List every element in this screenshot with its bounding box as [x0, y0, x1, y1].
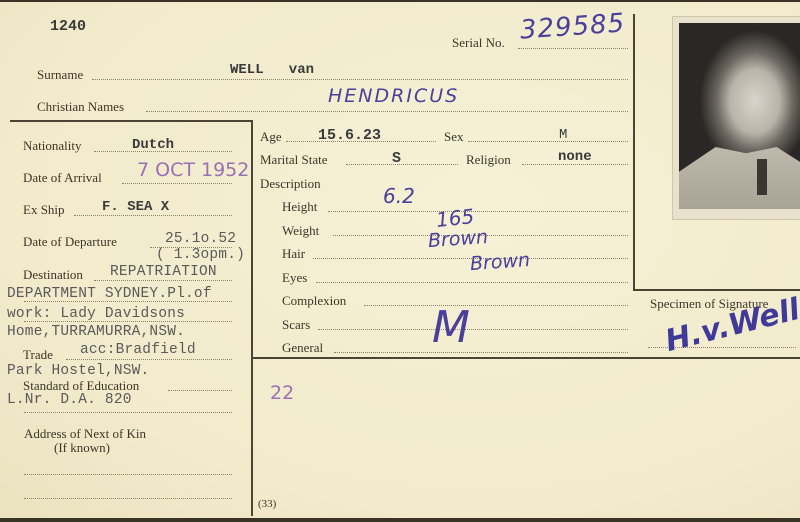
height-value: 6.2: [383, 184, 415, 208]
height-dotline: [328, 211, 628, 212]
description-label: Description: [260, 176, 321, 192]
photo-shirt: [679, 147, 800, 209]
photo-tie: [757, 159, 767, 195]
destination-dotline-2: [24, 301, 232, 302]
arrival-dotline: [122, 183, 232, 184]
details-right-border: [633, 14, 635, 290]
serial-dotline: [518, 48, 628, 49]
immigration-card: 1240 Serial No. 329585 Surname WELL van …: [0, 2, 800, 518]
destination-line1: REPATRIATION: [110, 264, 217, 280]
destination-line3: work: Lady Davidsons: [7, 306, 185, 322]
general-label: General: [282, 340, 323, 356]
sex-value: M: [559, 127, 567, 143]
age-label: Age: [260, 129, 282, 145]
complexion-label: Complexion: [282, 293, 346, 309]
marital-label: Marital State: [260, 152, 328, 168]
departure-value: 25.1o.52: [165, 231, 236, 247]
marital-value: S: [392, 150, 401, 167]
eyes-value: Brown: [469, 249, 530, 275]
religion-value: none: [558, 149, 592, 165]
complexion-dotline: [364, 305, 628, 306]
trade-dotline: [66, 359, 232, 360]
education-value: L.Nr. D.A. 820: [7, 392, 132, 408]
kin-label-sub: (If known): [54, 440, 110, 456]
stamp-code: 22: [270, 382, 294, 404]
eyes-dotline: [316, 282, 628, 283]
destination-dotline: [94, 280, 232, 281]
christian-names-dotline: [146, 111, 628, 112]
christian-names-label: Christian Names: [37, 99, 124, 115]
weight-label: Weight: [282, 223, 319, 239]
hair-label: Hair: [282, 246, 305, 262]
destination-label: Destination: [23, 267, 83, 283]
left-panel-top-border: [10, 120, 252, 122]
departure-time: ( 1.3opm.): [156, 247, 245, 263]
surname-label: Surname: [37, 67, 83, 83]
form-code: (33): [258, 498, 276, 510]
applicant-photo: [672, 16, 800, 220]
general-dotline: [334, 352, 628, 353]
officer-initials-mark: M: [432, 302, 470, 353]
nationality-value: Dutch: [132, 137, 174, 153]
ship-label: Ex Ship: [23, 202, 65, 218]
kin-dotline-1: [24, 474, 232, 475]
christian-names-value: HENDRICUS: [328, 85, 459, 107]
serial-value: 329585: [519, 8, 626, 45]
destination-line4: Home,TURRAMURRA,NSW.: [7, 324, 185, 340]
trade-line1: acc:Bradfield: [80, 342, 196, 358]
trade-label: Trade: [23, 347, 53, 363]
height-label: Height: [282, 199, 317, 215]
surname-value: WELL van: [230, 62, 314, 78]
hair-value: Brown: [427, 226, 488, 252]
departure-label: Date of Departure: [23, 234, 117, 250]
ship-value: F. SEA X: [102, 199, 169, 215]
arrival-label: Date of Arrival: [23, 170, 102, 186]
card-number: 1240: [50, 18, 86, 35]
ship-dotline: [74, 215, 232, 216]
signature-top-border: [633, 289, 800, 291]
destination-dotline-3: [24, 321, 232, 322]
details-bottom-border: [253, 357, 800, 359]
nationality-label: Nationality: [23, 138, 82, 154]
eyes-label: Eyes: [282, 270, 307, 286]
education-dotline: [168, 390, 232, 391]
religion-label: Religion: [466, 152, 511, 168]
destination-line2: DEPARTMENT SYDNEY.Pl.of: [7, 286, 212, 302]
sex-dotline: [468, 141, 628, 142]
serial-label: Serial No.: [452, 35, 505, 51]
surname-dotline: [92, 79, 628, 80]
marital-dotline: [346, 164, 458, 165]
scars-dotline: [318, 329, 628, 330]
trade-line2: Park Hostel,NSW.: [7, 363, 149, 379]
education-dotline-2: [24, 412, 232, 413]
age-value: 15.6.23: [318, 127, 381, 144]
left-panel-right-border: [251, 120, 253, 516]
scars-label: Scars: [282, 317, 310, 333]
kin-dotline-2: [24, 498, 232, 499]
photo-portrait: [679, 23, 800, 209]
arrival-date-stamp: 7 OCT 1952: [137, 159, 249, 181]
sex-label: Sex: [444, 129, 464, 145]
